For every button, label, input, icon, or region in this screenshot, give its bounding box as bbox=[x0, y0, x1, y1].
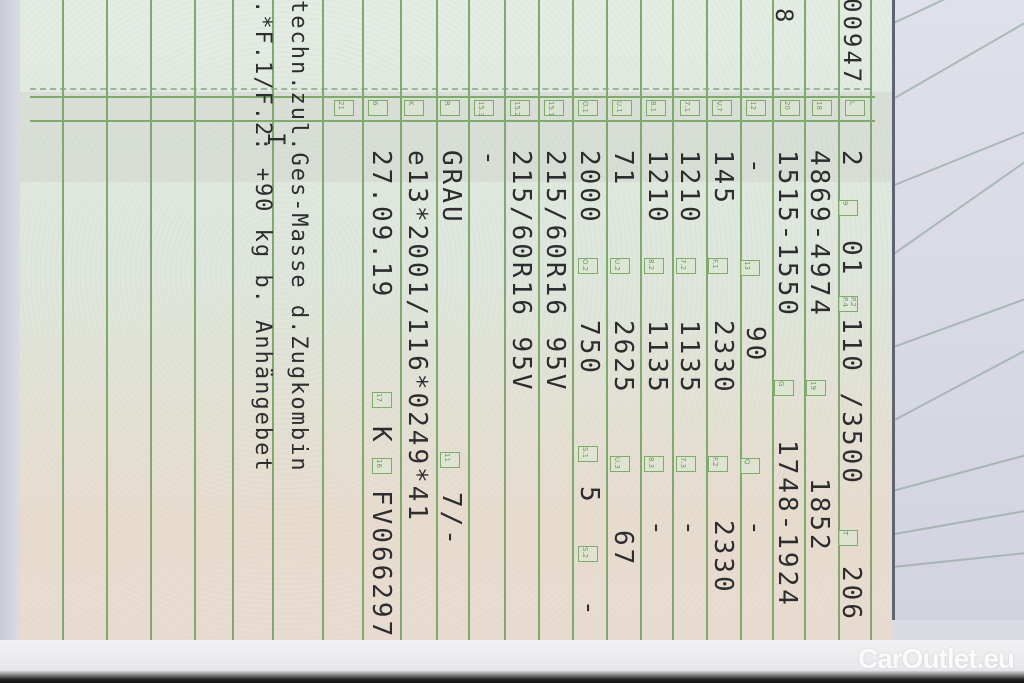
field-code-S1: S.1 bbox=[578, 446, 598, 462]
field-16-value: FV066297 bbox=[366, 490, 396, 639]
field-code-O1: O.1 bbox=[578, 100, 598, 116]
field-P2-P4-value: 110 /3500 bbox=[836, 318, 866, 486]
field-T-value: 206 bbox=[836, 566, 866, 622]
field-code-L: L bbox=[845, 100, 865, 116]
ruling-line bbox=[194, 0, 196, 683]
field-15-3-value: - bbox=[474, 150, 504, 169]
field-8-2-value: 1135 bbox=[642, 320, 672, 395]
field-code-8-2: 8.2 bbox=[644, 258, 664, 274]
watermark-logo: CarOutlet.eu bbox=[858, 643, 1014, 675]
field-code-Q: Q bbox=[740, 458, 760, 474]
ruling-line bbox=[436, 0, 438, 683]
adjacent-page bbox=[892, 0, 1024, 620]
ruling-line bbox=[322, 0, 324, 683]
field-G-value: 1748-1924 bbox=[772, 440, 802, 608]
ruling-line bbox=[232, 0, 234, 683]
field-V7-value: 145 bbox=[708, 150, 738, 206]
ruling-line bbox=[150, 0, 152, 683]
field-7-1-value: 1210 bbox=[674, 150, 704, 225]
field-code-18: 18 bbox=[812, 100, 832, 116]
field-R-value: GRAU bbox=[436, 150, 466, 225]
field-7-2-value: 1135 bbox=[674, 320, 704, 395]
field-code-G: G bbox=[774, 380, 794, 396]
field-U1-value: 71 bbox=[608, 150, 638, 187]
guilloche-line bbox=[892, 110, 1024, 202]
guilloche-line bbox=[892, 498, 1024, 542]
field-code-15-1: 15.1 bbox=[544, 100, 564, 116]
field-11-value: 7/- bbox=[436, 492, 466, 548]
field-code-V7: V.7 bbox=[712, 100, 732, 116]
serial-number-fragment: 00947 bbox=[838, 0, 866, 85]
field-U3-value: 67 bbox=[608, 530, 638, 567]
field-code-15-2: 15.2 bbox=[510, 100, 530, 116]
field-O1-value: 2000 bbox=[574, 150, 604, 225]
field-18-value: 4869-4974 bbox=[804, 150, 834, 318]
field-code-7-2: 7.2 bbox=[676, 258, 696, 274]
field-code-U1: U.1 bbox=[612, 100, 632, 116]
field-code-T: T bbox=[838, 530, 858, 546]
field-code-8-1: 8.1 bbox=[646, 100, 666, 116]
field-code-R: R bbox=[440, 100, 460, 116]
ruling-line bbox=[62, 0, 64, 683]
ruling-line bbox=[362, 0, 364, 683]
page-marker: 8 bbox=[770, 8, 798, 25]
field-code-17: 17 bbox=[372, 392, 392, 408]
field-code-O2: O.2 bbox=[578, 258, 598, 274]
field-code-12: 12 bbox=[746, 100, 766, 116]
field-13-value: 90 bbox=[740, 326, 770, 363]
guilloche-line bbox=[892, 278, 1024, 362]
field-code-K: K bbox=[404, 100, 424, 116]
field-9-value: 01 bbox=[836, 240, 866, 277]
guilloche-line bbox=[892, 545, 1024, 572]
field-K-value: e13*2001/116*0249*41 bbox=[402, 150, 432, 523]
guilloche-line bbox=[892, 327, 1024, 441]
field-code-F2: F.2 bbox=[708, 456, 728, 472]
field-15-1-value: 215/60R16 95V bbox=[540, 150, 570, 393]
field-U2-value: 2625 bbox=[608, 320, 638, 395]
field-code-6: 6 bbox=[368, 100, 388, 116]
field-code-20: 20 bbox=[780, 100, 800, 116]
field-L-value: 2 bbox=[836, 150, 866, 169]
field-O2-value: 750 bbox=[574, 320, 604, 376]
remarks-line-2: .*F.1/F.2: +90 kg b. Anhängebet bbox=[250, 0, 275, 473]
field-code-8-3: 8.3 bbox=[644, 456, 664, 472]
field-15-2-value: 215/60R16 95V bbox=[506, 150, 536, 393]
field-code-U2: U.2 bbox=[610, 258, 630, 274]
field-19-value: 1852 bbox=[804, 478, 834, 553]
field-code-21: 21 bbox=[334, 100, 354, 116]
field-code-7-1: 7.1 bbox=[680, 100, 700, 116]
ruling-line bbox=[870, 0, 872, 683]
field-S1-value: 5 bbox=[574, 486, 604, 505]
ruling-line bbox=[804, 0, 806, 683]
field-8-3-value: - bbox=[642, 520, 672, 539]
ruling-line bbox=[106, 0, 108, 683]
field-6-value: 27.09.19 bbox=[366, 150, 396, 299]
field-code-U3: U.3 bbox=[610, 456, 630, 472]
background-edge bbox=[0, 0, 22, 683]
field-17-value: K bbox=[366, 426, 396, 445]
field-S2-value: - bbox=[574, 600, 604, 619]
field-Q-value: - bbox=[740, 520, 770, 539]
guilloche-line bbox=[892, 0, 1024, 122]
field-8-1-value: 1210 bbox=[642, 150, 672, 225]
field-code-19: 19 bbox=[806, 380, 826, 396]
field-20-value: 1515-1550 bbox=[772, 150, 802, 318]
remarks-line-1: techn.zul.Ges-Masse d.Zugkombin bbox=[286, 0, 311, 473]
field-code-15-3: 15.3 bbox=[474, 100, 494, 116]
field-F2-value: 2330 bbox=[708, 520, 738, 595]
field-F1-value: 2330 bbox=[708, 320, 738, 395]
field-code-11: 11 bbox=[440, 452, 460, 468]
ruling-line bbox=[468, 0, 470, 683]
field-code-S2: S.2 bbox=[578, 546, 598, 562]
field-12-value: - bbox=[740, 158, 770, 177]
field-code-7-3: 7.3 bbox=[676, 456, 696, 472]
perforation-line bbox=[30, 88, 870, 90]
field-code-F1: F.1 bbox=[708, 258, 728, 274]
field-code-P2-P4: P.2 P.4 bbox=[838, 296, 858, 312]
field-7-3-value: - bbox=[674, 520, 704, 539]
guilloche-line bbox=[892, 438, 1024, 502]
field-code-9: 9 bbox=[838, 200, 858, 216]
field-code-13: 13 bbox=[740, 260, 760, 276]
guilloche-line bbox=[892, 143, 1024, 282]
field-code-16: 16 bbox=[372, 458, 392, 474]
